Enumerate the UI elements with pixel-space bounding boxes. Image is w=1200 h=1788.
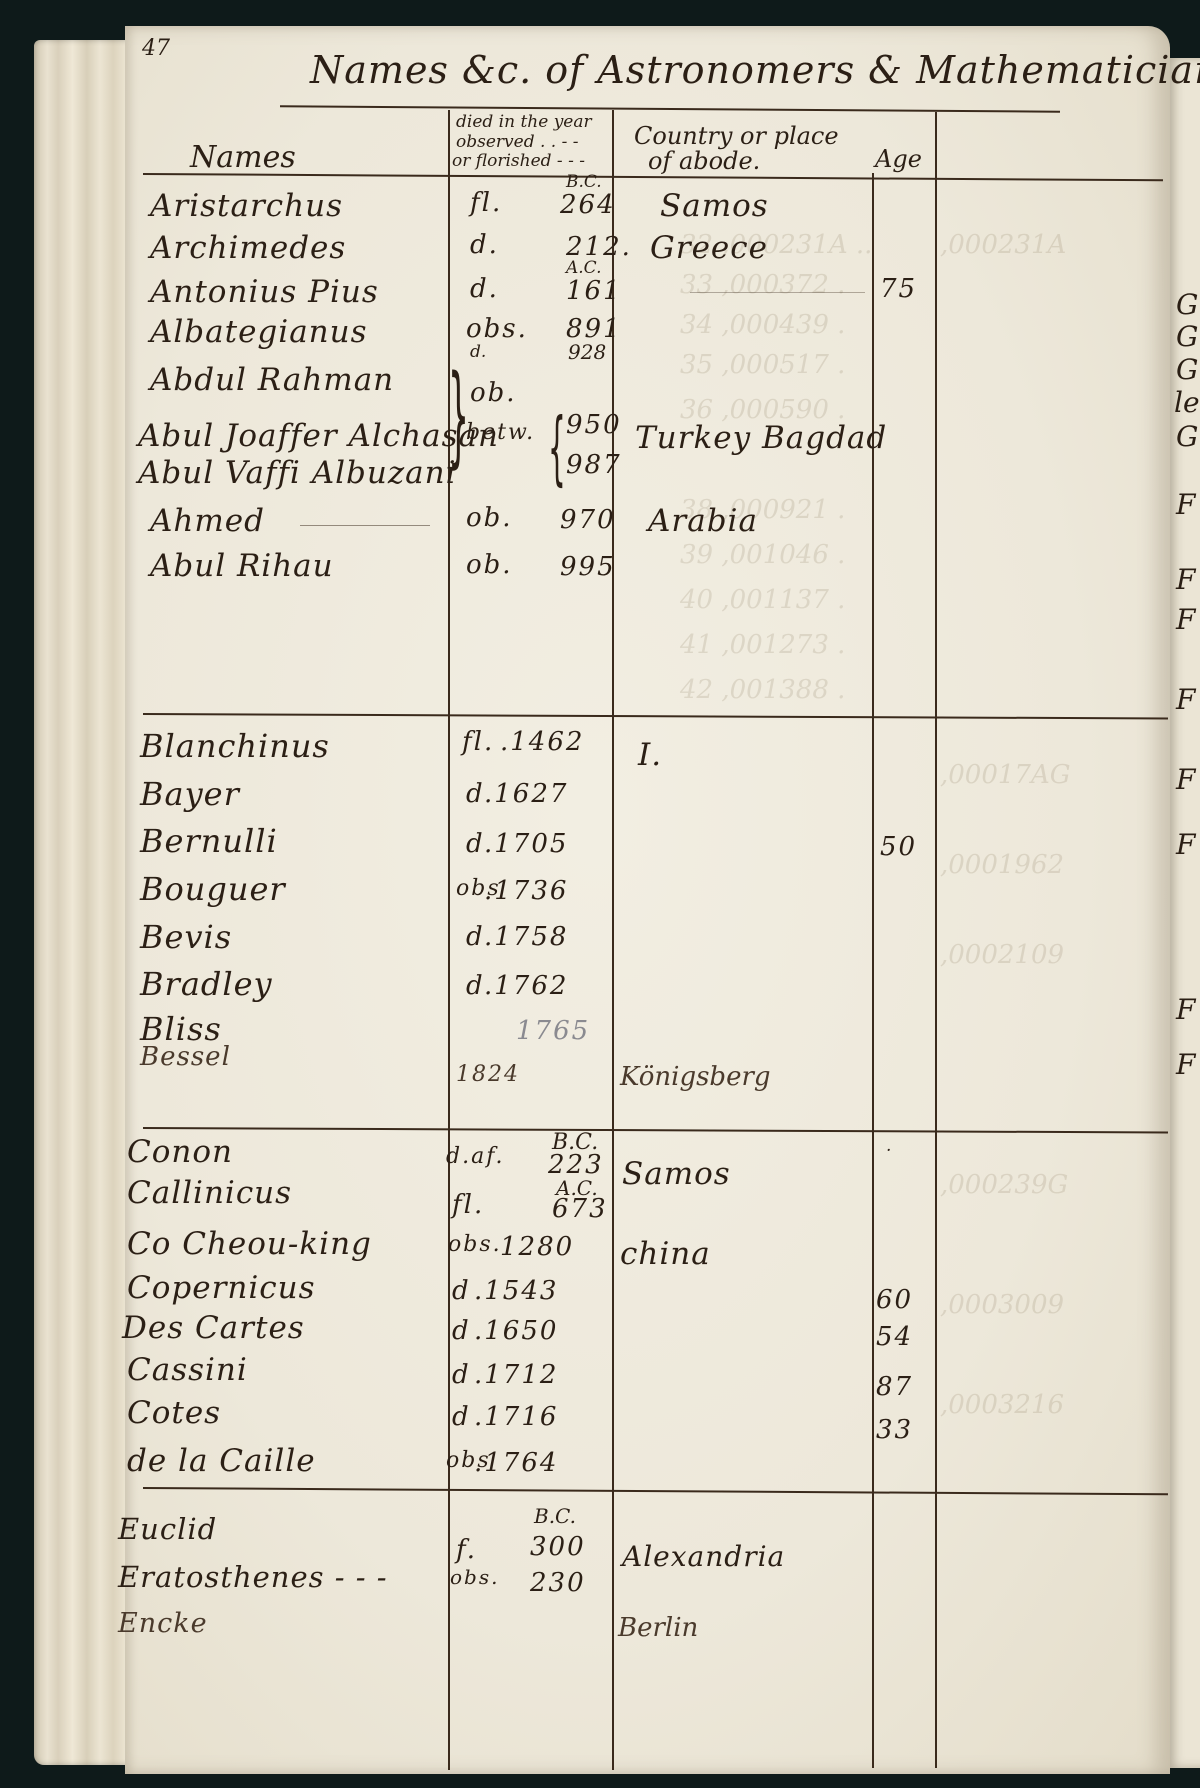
entry-country: Greece	[650, 230, 768, 266]
facing-page-fragment: F	[1176, 488, 1195, 521]
entry-year: 1280	[500, 1232, 574, 1262]
entry-name: Cassini	[127, 1352, 248, 1388]
facing-page-fragment: F	[1176, 993, 1195, 1026]
entry-name: Callinicus	[127, 1175, 292, 1211]
entry-year: 673	[552, 1194, 608, 1224]
entry-age: 54	[876, 1322, 913, 1352]
entry-year: .1758	[484, 922, 568, 952]
entry-mark: d	[452, 1276, 471, 1306]
facing-page-fragment: G	[1176, 420, 1198, 453]
header-year-line3: or florished - - -	[452, 151, 585, 171]
entry-name: Conon	[127, 1134, 233, 1170]
entry-mark: betw.	[466, 420, 535, 445]
facing-page-fragment: le	[1174, 386, 1200, 419]
entry-mark: d	[452, 1402, 471, 1432]
entry-year: 161	[566, 276, 622, 306]
entry-year: 230	[530, 1568, 586, 1598]
column-divider-extra	[935, 112, 937, 1768]
entry-name: Abdul Rahman	[150, 362, 394, 398]
entry-country: Arabia	[648, 503, 758, 539]
facing-page-fragment: F	[1176, 828, 1195, 861]
entry-name: Co Cheou-king	[127, 1226, 372, 1262]
entry-year: 970	[560, 505, 616, 535]
entry-year: 987	[566, 450, 622, 480]
entry-mark: d	[452, 1360, 471, 1390]
facing-page-fragment: F	[1176, 1048, 1195, 1081]
dash-leader	[300, 525, 430, 526]
dot-mark: .	[886, 1136, 891, 1156]
facing-page-fragment: F	[1176, 563, 1195, 596]
entry-country: Turkey Bagdad	[635, 420, 887, 456]
facing-page-fragment: G	[1176, 353, 1198, 386]
entry-age: 75	[880, 274, 917, 304]
facing-page-fragment: F	[1176, 763, 1195, 796]
header-country-line1: Country or place	[634, 122, 839, 150]
entry-era: B.C.	[534, 1504, 576, 1528]
entry-year: .1736	[484, 876, 568, 906]
entry-name: Copernicus	[127, 1270, 316, 1306]
entry-mark: d.	[470, 230, 499, 260]
entry-mark: d	[452, 1316, 471, 1346]
facing-page-fragment: F	[1176, 683, 1195, 716]
entry-mark: ob.	[466, 550, 513, 580]
entry-mark: ob.	[470, 378, 517, 408]
entry-year-pencil: 1765	[516, 1016, 590, 1046]
facing-page-fragment: F	[1176, 603, 1195, 636]
entry-name: Encke	[118, 1608, 208, 1639]
facing-page-fragment: G	[1176, 288, 1198, 321]
entry-name: Bessel	[140, 1042, 231, 1072]
entry-year: .1762	[484, 971, 568, 1001]
entry-name: Blanchinus	[140, 727, 330, 765]
facing-page-fragment: G	[1176, 320, 1198, 353]
entry-mark: fl.	[452, 1190, 484, 1220]
header-names: Names	[190, 140, 296, 175]
entry-country: I.	[638, 737, 662, 773]
entry-age: 50	[880, 832, 917, 862]
entry-name: Abul Joaffer Alchasan	[138, 418, 499, 454]
entry-name: Abul Vaffi Albuzani	[138, 455, 457, 491]
entry-name: Antonius Pius	[150, 274, 379, 310]
entry-age: 60	[876, 1285, 913, 1315]
entry-year: 995	[560, 552, 616, 582]
entry-name: Bayer	[140, 775, 240, 813]
entry-name: Albategianus	[150, 314, 368, 350]
entry-year: 300	[530, 1532, 586, 1562]
entry-year: .1462	[500, 727, 584, 757]
entry-mark: d.	[470, 342, 486, 362]
entry-country: Königsberg	[620, 1062, 771, 1092]
dash-leader	[690, 292, 865, 293]
bracket-icon: {	[548, 408, 566, 488]
entry-mark: fl.	[470, 188, 502, 218]
entry-name: Bradley	[140, 965, 273, 1003]
entry-name: Eratosthenes - - -	[118, 1560, 388, 1594]
entry-country: china	[620, 1236, 711, 1272]
entry-country: Alexandria	[622, 1540, 785, 1573]
entry-year: .1712	[474, 1360, 558, 1390]
header-age: Age	[875, 145, 922, 173]
entry-year: .1716	[474, 1402, 558, 1432]
entry-year: .1543	[474, 1276, 558, 1306]
page-title: Names &c. of Astronomers & Mathematician…	[310, 48, 1200, 92]
entry-mark: obs.	[450, 1565, 499, 1589]
entry-name: Aristarchus	[150, 188, 343, 224]
column-divider-age	[872, 173, 874, 1768]
header-year-line2: observed . . - -	[456, 132, 579, 152]
entry-country: Samos	[622, 1156, 731, 1192]
entry-mark: f.	[456, 1535, 477, 1565]
entry-name: Bernulli	[140, 822, 278, 860]
entry-year: 928	[568, 340, 606, 364]
entry-name: Bouguer	[140, 870, 286, 908]
entry-name: Archimedes	[150, 230, 346, 266]
entry-name: Bevis	[140, 918, 232, 956]
entry-year: 1824	[456, 1062, 520, 1087]
entry-year: .1650	[474, 1316, 558, 1346]
header-country-line2: of abode.	[648, 147, 760, 175]
entry-era: A.C.	[566, 258, 602, 278]
entry-name: Abul Rihau	[150, 548, 334, 584]
entry-year: 264	[560, 190, 616, 220]
column-divider-country	[612, 110, 614, 1770]
entry-age: 87	[876, 1372, 913, 1402]
entry-name: Des Cartes	[122, 1310, 305, 1346]
entry-mark: d	[466, 971, 485, 1001]
entry-mark: obs.	[448, 1232, 502, 1257]
entry-mark: ob.	[466, 503, 513, 533]
entry-mark: d.	[470, 274, 499, 304]
entry-name: Ahmed	[150, 503, 265, 539]
entry-era: B.C.	[566, 172, 602, 192]
entry-year: .1627	[484, 779, 568, 809]
entry-mark: obs.	[466, 314, 528, 344]
entry-year: .1705	[484, 829, 568, 859]
entry-country: Berlin	[618, 1613, 698, 1643]
entry-mark: d	[466, 829, 485, 859]
entry-name: Cotes	[127, 1395, 221, 1431]
entry-name: Euclid	[118, 1512, 217, 1546]
entry-mark: d	[466, 922, 485, 952]
entry-country: Samos	[660, 188, 769, 224]
entry-year: .1764	[474, 1448, 558, 1478]
entry-age: 33	[876, 1415, 913, 1445]
entry-mark: d.af.	[446, 1144, 505, 1169]
entry-year: 950	[566, 410, 622, 440]
header-year-line1: died in the year	[456, 112, 592, 132]
facing-page: G G G le G F F F F F F F F	[1168, 58, 1200, 1768]
entry-mark: d	[466, 779, 485, 809]
entry-mark: fl.	[462, 727, 494, 757]
entry-name: de la Caille	[127, 1443, 316, 1479]
page-number: 47	[142, 36, 170, 61]
